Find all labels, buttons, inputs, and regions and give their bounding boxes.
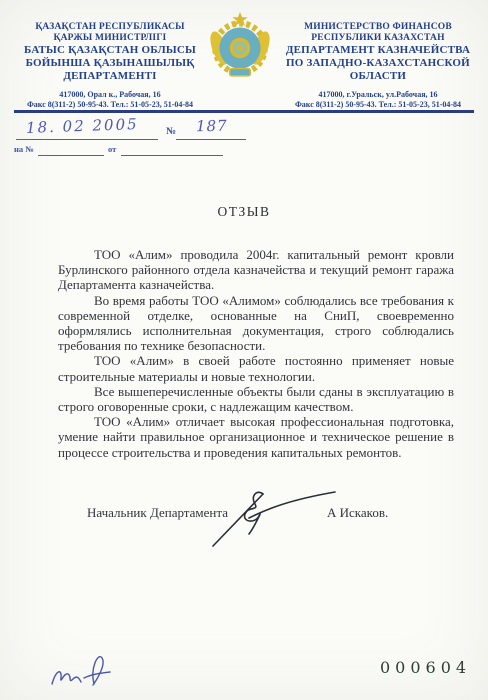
letterhead-kazakh: ҚАЗАҚСТАН РЕСПУБЛИКАСЫ ҚАРЖЫ МИНИСТРЛІГІ… bbox=[12, 22, 208, 109]
letterhead-phone: Факс 8(311-2) 50-95-43. Тел.: 51-05-23, … bbox=[280, 100, 476, 109]
reply-number-underline bbox=[38, 155, 104, 156]
number-underline bbox=[176, 139, 246, 140]
letterhead-line: ПО ЗАПАДНО-КАЗАХСТАНСКОЙ bbox=[280, 57, 476, 70]
letterhead-divider bbox=[14, 110, 474, 113]
letterhead-line: ОБЛАСТИ bbox=[280, 70, 476, 83]
letterhead-line: ДЕПАРТАМЕНТ КАЗНАЧЕЙСТВА bbox=[280, 44, 476, 57]
letterhead-russian: МИНИСТЕРСТВО ФИНАНСОВ РЕСПУБЛИКИ КАЗАХСТ… bbox=[280, 22, 476, 109]
document-title: ОТЗЫВ bbox=[0, 204, 488, 220]
reply-date-underline bbox=[121, 155, 223, 156]
paragraph: ТОО «Алим» отличает высокая профессионал… bbox=[58, 414, 454, 460]
letterhead-line: ҚАЗАҚСТАН РЕСПУБЛИКАСЫ bbox=[12, 22, 208, 33]
letterhead-address: 417000, г.Уральск, ул.Рабочая, 16 bbox=[280, 90, 476, 99]
letterhead-line: МИНИСТЕРСТВО ФИНАНСОВ bbox=[280, 22, 476, 33]
number-sign-label: № bbox=[166, 126, 176, 137]
paragraph: Все вышеперечисленные объекты были сданы… bbox=[58, 384, 454, 414]
kazakhstan-emblem-icon bbox=[206, 10, 274, 82]
letterhead-line: ҚАРЖЫ МИНИСТРЛІГІ bbox=[12, 33, 208, 44]
scanned-letter-page: ҚАЗАҚСТАН РЕСПУБЛИКАСЫ ҚАРЖЫ МИНИСТРЛІГІ… bbox=[0, 0, 488, 700]
date-underline bbox=[16, 139, 158, 140]
form-serial-number: 000604 bbox=[380, 658, 471, 677]
letterhead-line: БОЙЫНША ҚАЗЫНАШЫЛЫҚ bbox=[12, 57, 208, 70]
paragraph: Во время работы ТОО «Алимом» соблюдались… bbox=[58, 293, 454, 354]
reply-from-label: от bbox=[108, 144, 116, 154]
letterhead-address: 417000, Орал к., Рабочая, 16 bbox=[12, 90, 208, 99]
signer-name: А Искаков. bbox=[327, 505, 388, 521]
paragraph: ТОО «Алим» проводила 2004г. капитальный … bbox=[58, 247, 454, 293]
initials-signature-icon bbox=[48, 648, 120, 694]
reply-to-label: на № bbox=[14, 144, 34, 154]
letterhead-line: ДЕПАРТАМЕНТІ bbox=[12, 70, 208, 83]
letter-body: ТОО «Алим» проводила 2004г. капитальный … bbox=[58, 247, 454, 460]
paragraph: ТОО «Алим» в своей работе постоянно прим… bbox=[58, 353, 454, 383]
handwritten-date: 18. 02 2005 bbox=[26, 115, 139, 137]
handwritten-outgoing-number: 187 bbox=[196, 117, 228, 136]
letterhead-line: РЕСПУБЛИКИ КАЗАХСТАН bbox=[280, 33, 476, 44]
letterhead-line: БАТЫС ҚАЗАҚСТАН ОБЛЫСЫ bbox=[12, 44, 208, 57]
letterhead-phone: Факс 8(311-2) 50-95-43. Тел.: 51-05-23, … bbox=[12, 100, 208, 109]
signature-icon bbox=[205, 480, 340, 550]
